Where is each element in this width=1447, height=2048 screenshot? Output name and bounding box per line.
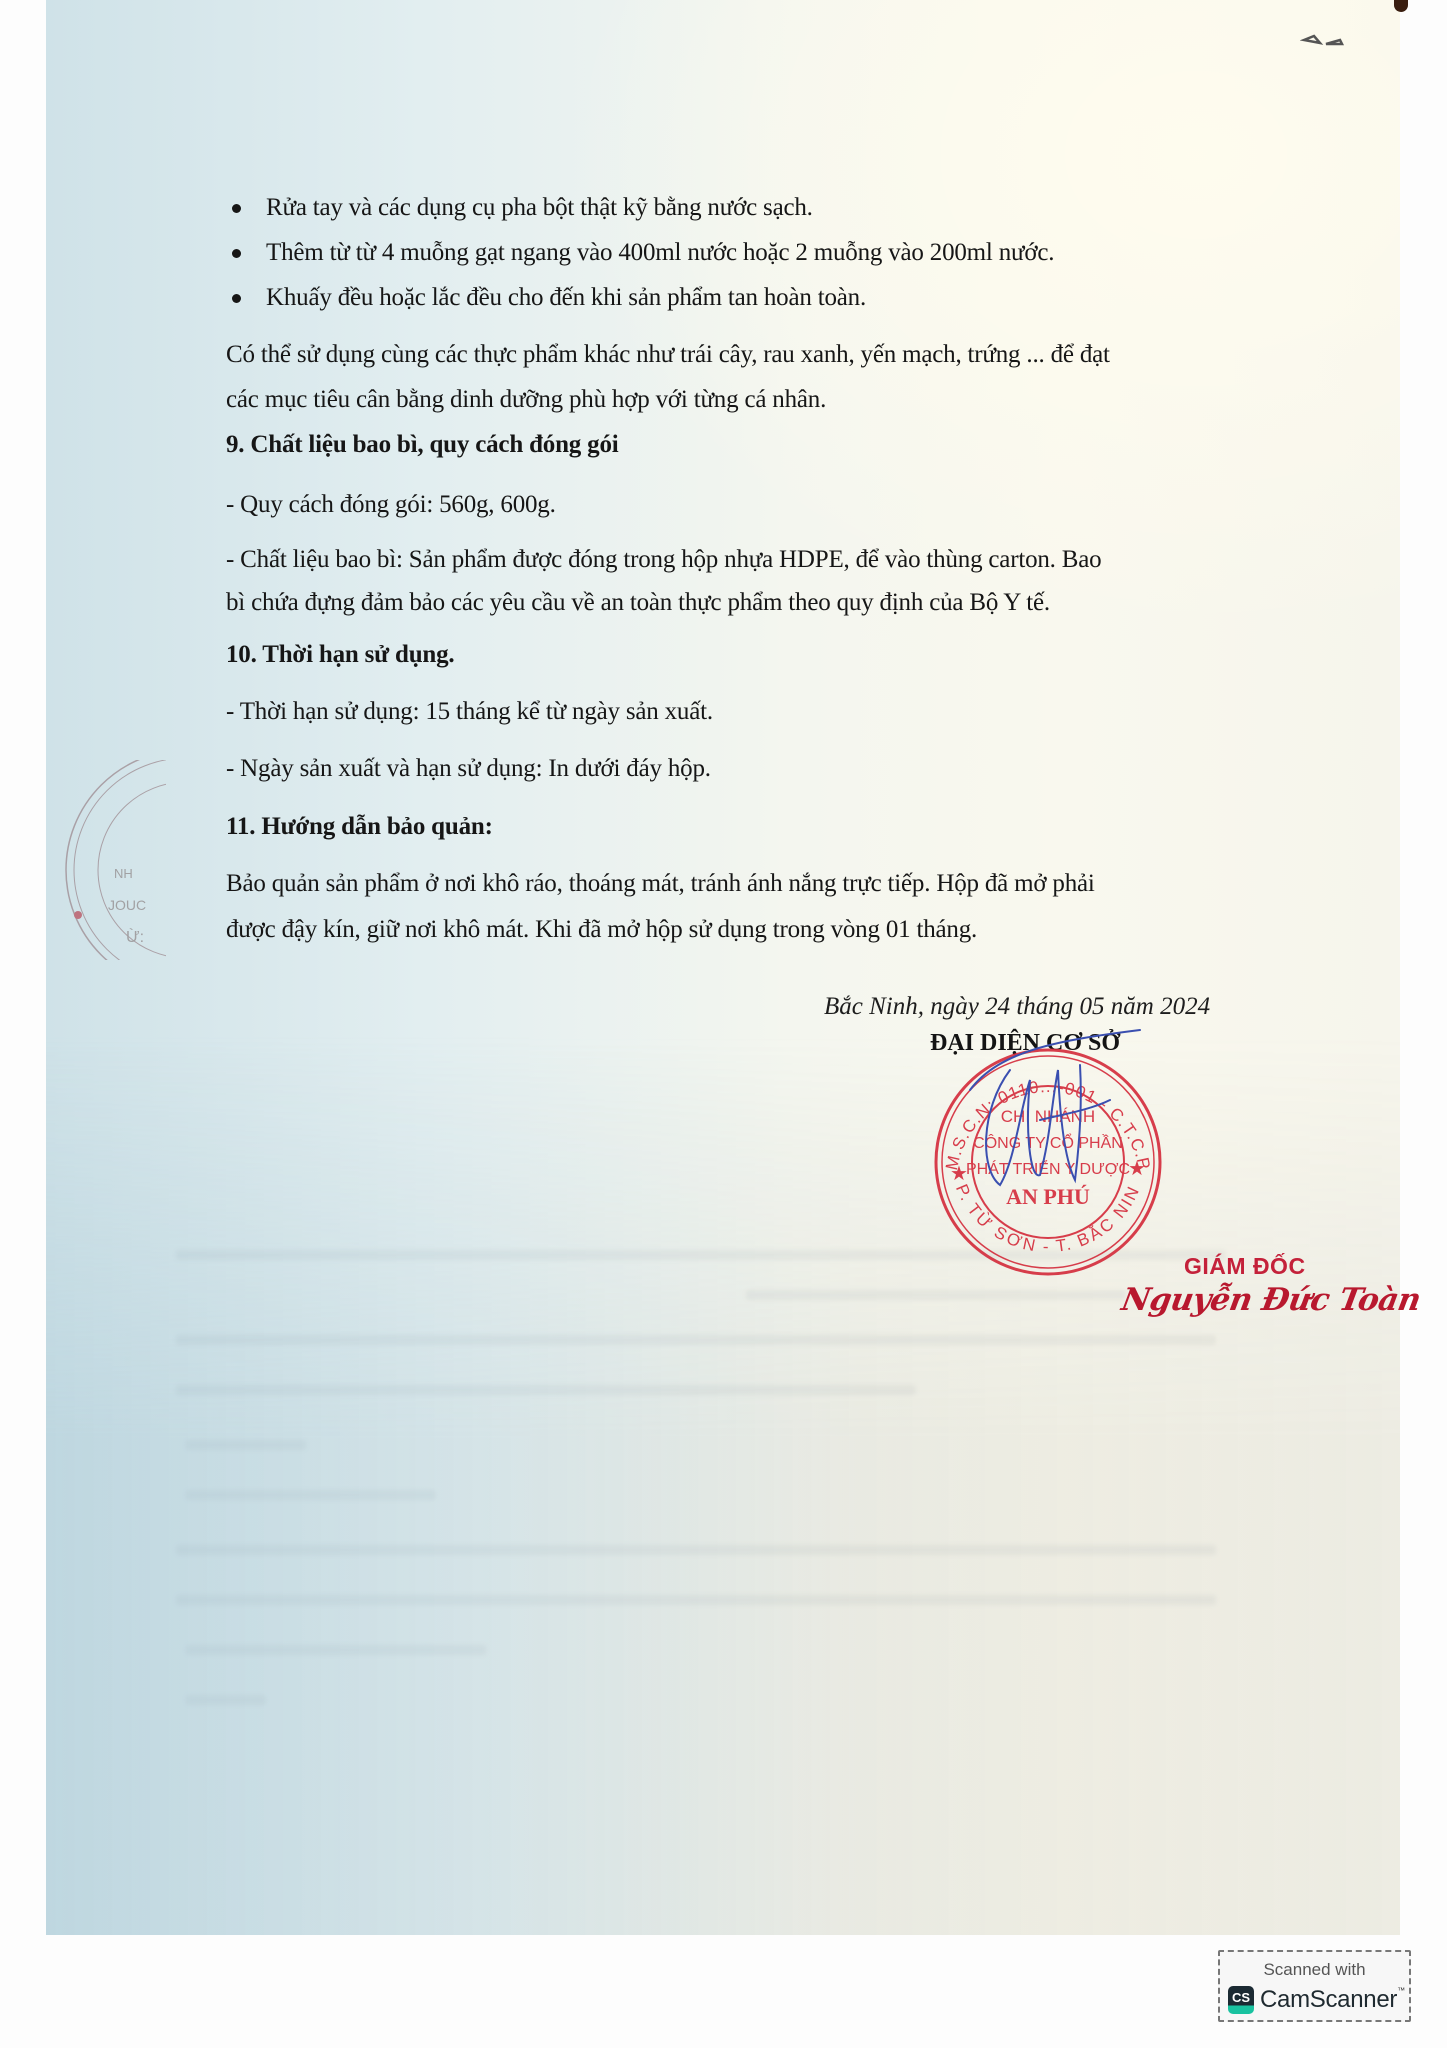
storage-line-1: Bảo quản sản phẩm ở nơi khô ráo, thoáng …	[226, 869, 1095, 899]
show-through-line	[176, 1335, 1216, 1345]
director-name: Nguyễn Đức Toàn	[1119, 1282, 1424, 1318]
camscanner-watermark: Scanned with CS CamScanner™	[1218, 1950, 1411, 2022]
corner-shadow	[1394, 0, 1408, 12]
show-through-line	[176, 1385, 916, 1395]
partial-stamp-text: Ừ:	[126, 927, 144, 946]
show-through-line	[186, 1440, 306, 1450]
section-11-heading: 11. Hướng dẫn bảo quản:	[226, 812, 493, 842]
production-date-note: - Ngày sản xuất và hạn sử dụng: In dưới …	[226, 754, 711, 784]
director-title: GIÁM ĐỐC	[1184, 1253, 1306, 1280]
partial-stamp-icon: NH JOUC Ừ:	[46, 760, 166, 960]
camscanner-logo-icon: CS	[1228, 1986, 1254, 2014]
bullet-text: Khuấy đều hoặc lắc đều cho đến khi sản p…	[266, 284, 866, 311]
bullet-icon	[232, 294, 241, 303]
instruction-bullet: Thêm từ từ 4 muỗng gạt ngang vào 400ml n…	[266, 238, 1054, 268]
shelf-life: - Thời hạn sử dụng: 15 tháng kể từ ngày …	[226, 697, 713, 727]
usage-note-line-1: Có thể sử dụng cùng các thực phẩm khác n…	[226, 340, 1110, 370]
packaging-material-line-1: - Chất liệu bao bì: Sản phẩm được đóng t…	[226, 545, 1101, 575]
partial-stamp-text: JOUC	[108, 897, 146, 913]
bullet-icon	[232, 249, 241, 258]
bullet-text: Thêm từ từ 4 muỗng gạt ngang vào 400ml n…	[266, 239, 1054, 266]
show-through-line	[186, 1695, 266, 1705]
trademark-symbol: ™	[1397, 1986, 1405, 1995]
show-through-line	[176, 1545, 1216, 1555]
corner-marks-icon	[1300, 30, 1360, 50]
usage-note-line-2: các mục tiêu cân bằng dinh dưỡng phù hợp…	[226, 385, 826, 415]
bullet-icon	[232, 204, 241, 213]
watermark-caption: Scanned with	[1220, 1960, 1409, 1980]
section-9-heading: 9. Chất liệu bao bì, quy cách đóng gói	[226, 430, 619, 460]
show-through-line	[186, 1645, 486, 1655]
partial-stamp-text: NH	[114, 866, 133, 881]
handwritten-signature-icon	[940, 1010, 1170, 1210]
packaging-material-line-2: bì chứa đựng đảm bảo các yêu cầu về an t…	[226, 588, 1050, 618]
show-through-line	[746, 1290, 1126, 1300]
show-through-line	[186, 1490, 436, 1500]
instruction-bullet: Rửa tay và các dụng cụ pha bột thật kỹ b…	[266, 193, 813, 223]
watermark-brand-row: CS CamScanner™	[1228, 1986, 1405, 2014]
show-through-line	[176, 1595, 1216, 1605]
brand-name: CamScanner	[1260, 1986, 1397, 2013]
instruction-bullet: Khuấy đều hoặc lắc đều cho đến khi sản p…	[266, 283, 866, 313]
packing-spec: - Quy cách đóng gói: 560g, 600g.	[226, 490, 556, 520]
bullet-text: Rửa tay và các dụng cụ pha bột thật kỹ b…	[266, 194, 813, 221]
watermark-brand: CamScanner™	[1260, 1986, 1405, 2014]
section-10-heading: 10. Thời hạn sử dụng.	[226, 640, 454, 670]
storage-line-2: được đậy kín, giữ nơi khô mát. Khi đã mở…	[226, 915, 977, 945]
